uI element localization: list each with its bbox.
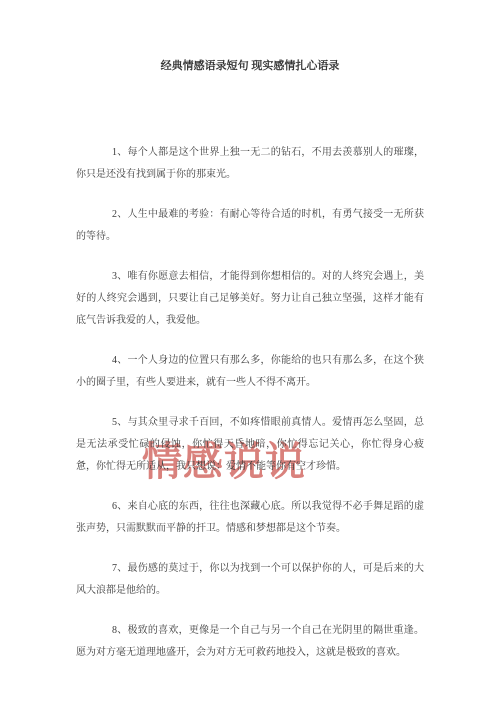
page-title: 经典情感语录短句 现实感情扎心语录: [0, 0, 500, 74]
quote-paragraph: 3、唯有你愿意去相信，才能得到你想相信的。对的人终究会遇上，美好的人终究会遇到，…: [76, 266, 424, 332]
article-page: 情感说说 经典情感语录短句 现实感情扎心语录 1、每个人都是这个世界上独一无二的…: [0, 0, 500, 708]
quote-paragraph: 7、最伤感的莫过于，你以为找到一个可以保护你的人，可是后来的大风大浪都是他给的。: [76, 558, 424, 602]
quote-paragraph: 6、来自心底的东西，往往也深藏心底。所以我觉得不必手舞足蹈的虚张声势，只需默默而…: [76, 496, 424, 540]
quote-paragraph: 5、与其众里寻求千百回，不如疼惜眼前真情人。爱情再怎么坚固，总是无法承受忙碌的侵…: [76, 412, 424, 478]
quotes-list: 1、每个人都是这个世界上独一无二的钻石，不用去羡慕别人的璀璨，你只是还没有找到属…: [76, 142, 424, 664]
quote-paragraph: 2、人生中最难的考验：有耐心等待合适的时机，有勇气接受一无所获的等待。: [76, 204, 424, 248]
quote-paragraph: 1、每个人都是这个世界上独一无二的钻石，不用去羡慕别人的璀璨，你只是还没有找到属…: [76, 142, 424, 186]
quote-paragraph: 4、一个人身边的位置只有那么多，你能给的也只有那么多，在这个狭小的圈子里，有些人…: [76, 350, 424, 394]
quote-paragraph: 8、极致的喜欢，更像是一个自己与另一个自己在光阴里的隔世重逢。愿为对方毫无道理地…: [76, 620, 424, 664]
